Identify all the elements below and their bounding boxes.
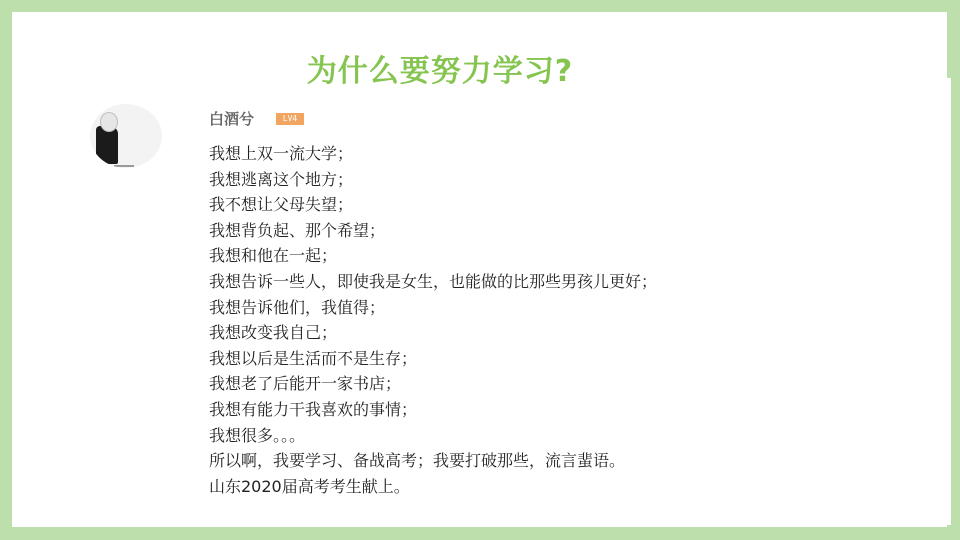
post-body: 我想上双一流大学； 我想逃离这个地方； 我不想让父母失望； 我想背负起、那个希望… [209, 141, 657, 499]
post-line: 所以啊，我要学习、备战高考；我要打破那些，流言蜚语。 [209, 448, 657, 474]
slide-title: 为什么要努力学习? [0, 46, 880, 90]
post-line: 我想逃离这个地方； [209, 167, 657, 193]
post-line: 我想改变我自己； [209, 320, 657, 346]
avatar-base [114, 165, 134, 167]
post-line: 我想背负起、那个希望； [209, 218, 657, 244]
post-line: 我想有能力干我喜欢的事情； [209, 397, 657, 423]
post-line: 我想上双一流大学； [209, 141, 657, 167]
post-line: 我想以后是生活而不是生存； [209, 346, 657, 372]
post-line: 我想告诉一些人，即使我是女生，也能做的比那些男孩儿更好； [209, 269, 657, 295]
username: 白酒兮 [209, 108, 254, 129]
post-line: 我想和他在一起； [209, 243, 657, 269]
post-line: 我想老了后能开一家书店； [209, 371, 657, 397]
slide-edge [947, 78, 951, 525]
user-avatar-icon [90, 104, 162, 168]
post-line: 我不想让父母失望； [209, 192, 657, 218]
post-line: 山东2020届高考考生献上。 [209, 474, 657, 500]
post-line: 我想很多。。。 [209, 423, 657, 449]
level-badge: LV4 [276, 113, 304, 125]
post-line: 我想告诉他们，我值得； [209, 295, 657, 321]
avatar-head [100, 112, 118, 132]
